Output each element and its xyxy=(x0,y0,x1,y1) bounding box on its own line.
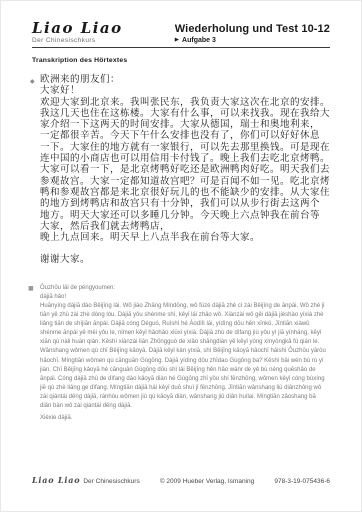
transcript-line: 一下。大家住的地方就有一家银行，可以先去那里换钱。可是现在 xyxy=(40,142,330,153)
pinyin-line: Huānyíng dàjiā dào Běijīng lái. Wǒ jiào … xyxy=(40,302,330,311)
transcript-line: 大家，然后我们就去烤鸭店， xyxy=(40,221,330,232)
transcript-line: 连中国的小商店也可以用信用卡付钱了。晚上我们去吃北京烤鸭。 xyxy=(40,153,330,164)
page-title: Wiederholung und Test 10-12 xyxy=(175,23,330,35)
footer-brand: Liao LiaoDer Chinesischkurs xyxy=(32,475,140,485)
liao-liao-logo: Liao Liao xyxy=(32,21,123,36)
page-footer: Liao LiaoDer Chinesischkurs © 2009 Huebe… xyxy=(32,475,330,485)
pinyin-line: tiān yě zhù zài zhè dòng lóu. Dàjiā yǒu … xyxy=(40,311,330,320)
document-page: Liao Liao Der Chinesischkurs Wiederholun… xyxy=(0,0,362,512)
pinyin-line: liǎng tiān de shíjiān ānpái. Dàjiā cóng … xyxy=(40,320,330,329)
audio-track-bullet-icon: ◆ xyxy=(30,76,35,87)
pinyin-line: Wǎnshang wǒmen qù chī Běijīng kǎoyā. Dàj… xyxy=(40,347,330,356)
chinese-transcript: ◆ 欧洲来的朋友们：大家好！欢迎大家到北京来。我叫张民东，我负责大家这次在北京的… xyxy=(32,74,330,266)
pinyin-closing-line: Xièxie dàjiā. xyxy=(40,414,330,423)
pinyin-line: Ōuzhōu lái de péngyoumen: xyxy=(40,284,330,293)
transcript-line: 晚上九点回来。明天早上八点半我在前台等大家。 xyxy=(40,232,330,243)
transcript-line: 欧洲来的朋友们： xyxy=(40,74,330,85)
pinyin-line: dàjiā hǎo! xyxy=(40,293,330,302)
pinyin-line: jiē qù zhè liǎng ge dìfang. Míngtiān dàj… xyxy=(40,384,330,393)
section-heading: Transkription des Hörtextes xyxy=(32,57,330,64)
footer-liao-liao-logo: Liao Liao xyxy=(32,475,80,485)
pinyin-lines: Ōuzhōu lái de péngyoumen:dàjiā hǎo!Huāny… xyxy=(40,284,330,411)
transcript-line: 鸭和参观故宫都是来北京很好玩儿的也不能缺少的安排。从大家住 xyxy=(40,187,330,198)
pinyin-line: jiàn. Chī Běijīng kǎoyā hé cānguān Gùgōn… xyxy=(40,366,330,375)
pinyin-line: zài qiántái děng dàjiā, ránhòu wǒmen jiù… xyxy=(40,393,330,402)
transcript-line: 的地方到烤鸭店和故宫只有十分钟，我们可以从步行街去这两个 xyxy=(40,198,330,209)
pinyin-line: diǎn bàn wǒ zài qiántái děng dàjiā. xyxy=(40,402,330,411)
transcript-line: 大家可以看一下，是北京烤鸭好吃还是欧洲鸭肉好吃。明天我们去 xyxy=(40,164,330,175)
brand-block: Liao Liao Der Chinesischkurs xyxy=(32,21,123,44)
title-block: Wiederholung und Test 10-12 ▶ Aufgabe 3 xyxy=(175,21,330,44)
footer-isbn: 978-3-19-075436-6 xyxy=(274,478,330,485)
task-label: Aufgabe 3 xyxy=(182,37,216,44)
page-header: Liao Liao Der Chinesischkurs Wiederholun… xyxy=(32,21,330,48)
pinyin-line: ānpái. Cóng dàjiā zhù de dìfang dào kǎoy… xyxy=(40,375,330,384)
transcript-line: 参观故宫。大家一定都知道故宫吧？可是百闻不如一见。吃北京烤 xyxy=(40,176,330,187)
pinyin-line: hǎochī. Míngtiān wǒmen qù cānguān Gùgōng… xyxy=(40,357,330,366)
transcript-line: 欢迎大家到北京来。我叫张民东，我负责大家这次在北京的安排。 xyxy=(40,97,330,108)
task-label-row: ▶ Aufgabe 3 xyxy=(175,37,330,44)
logo-subtitle: Der Chinesischkurs xyxy=(32,37,123,44)
transcript-line: 家介绍一下这两天的时间安排。大家从德国，瑞士和奥地利来， xyxy=(40,119,330,130)
pinyin-line: shénme ānpái yě méi yǒu le, nǐmen kěyǐ h… xyxy=(40,329,330,338)
pinyin-bullet-icon: ■ xyxy=(28,284,34,293)
pinyin-line: xiān qù nàli huàn qián. Kěshì xiànzài li… xyxy=(40,338,330,347)
transcript-line: 一定都很辛苦。今天下午什么安排也没有了，你们可以好好休息 xyxy=(40,130,330,141)
play-triangle-icon: ▶ xyxy=(175,37,179,44)
chinese-closing-line: 谢谢大家。 xyxy=(40,254,330,265)
footer-copyright: © 2009 Hueber Verlag, Ismaning xyxy=(160,478,254,485)
transcript-line: 大家好！ xyxy=(40,85,330,96)
pinyin-transcript: ■ Ōuzhōu lái de péngyoumen:dàjiā hǎo!Huā… xyxy=(32,284,330,423)
transcript-line: 我这几天也住在这栋楼。大家有什么事，可以来找我。现在我给大 xyxy=(40,108,330,119)
chinese-lines: 欧洲来的朋友们：大家好！欢迎大家到北京来。我叫张民东，我负责大家这次在北京的安排… xyxy=(40,74,330,243)
footer-brand-text: Der Chinesischkurs xyxy=(83,478,139,485)
transcript-line: 地方。明天大家还可以多睡几分钟。今天晚上六点钟我在前台等 xyxy=(40,210,330,221)
